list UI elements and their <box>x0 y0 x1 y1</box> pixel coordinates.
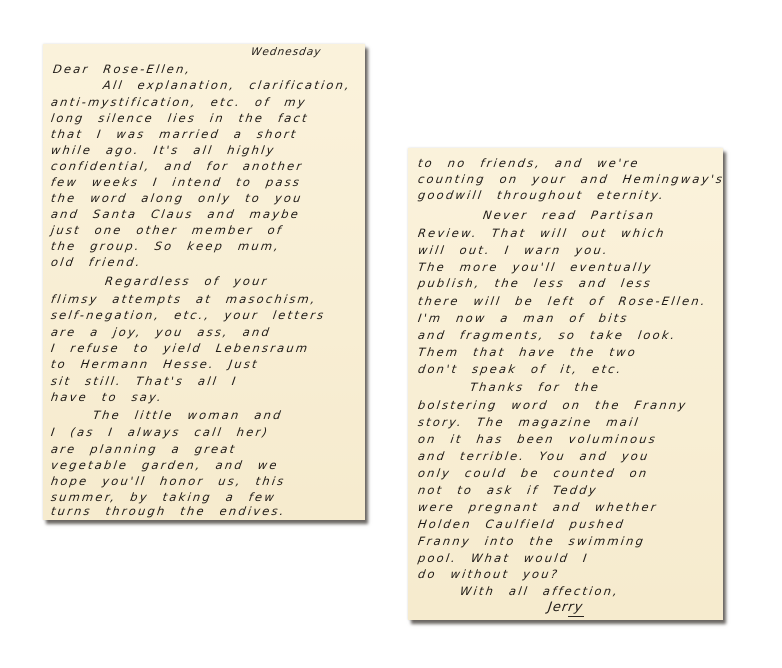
closing: With all affection, <box>459 584 620 598</box>
letter-line: don't speak of it, etc. <box>417 362 624 376</box>
letter-line: counting on your and Hemingway's <box>417 172 725 186</box>
letter-line: I refuse to yield Lebensraum <box>50 341 310 355</box>
letter-line: and Santa Claus and maybe <box>50 207 301 221</box>
letter-line: and terrible. You and you <box>417 449 651 463</box>
letter-line: just one other member of <box>50 223 284 237</box>
letter-line: flimsy attempts at masochism, <box>50 292 318 306</box>
letter-line: anti-mystification, etc. of my <box>50 95 308 109</box>
letter-line: I (as I always call her) <box>50 425 270 439</box>
letter-line: have to say. <box>50 390 164 404</box>
letter-line: pool. What would I <box>417 551 590 565</box>
letter-line: hope you'll honor us, this <box>50 474 286 488</box>
letter-line: there will be left of Rose-Ellen. <box>417 294 708 308</box>
letter-line: Thanks for the <box>469 380 601 394</box>
letter-line: and fragments, so take look. <box>417 328 678 342</box>
letter-page-1: Wednesday Dear Rose-Ellen, All explanati… <box>43 44 365 520</box>
letter-line: vegetable garden, and we <box>50 458 280 472</box>
letter-line: Franny into the swimming <box>417 534 646 548</box>
letter-line: while ago. It's all highly <box>50 143 277 157</box>
letter-line: are planning a great <box>50 442 237 456</box>
letter-line: publish, the less and less <box>417 276 653 290</box>
letter-line: not to ask if Teddy <box>417 483 599 497</box>
letter-line: Never read Partisan <box>482 208 656 222</box>
signature-underline <box>568 616 584 617</box>
letter-line: old friend. <box>50 255 143 269</box>
letter-line: Review. That will out which <box>417 226 667 240</box>
letter-line: to no friends, and we're <box>417 156 641 170</box>
letter-line: The little woman and <box>92 408 284 422</box>
letter-line: story. The magazine mail <box>417 415 641 429</box>
letter-line: were pregnant and whether <box>417 500 659 514</box>
letter-line: will out. I warn you. <box>417 243 610 257</box>
letter-line: goodwill throughout eternity. <box>417 188 666 202</box>
letter-line: long silence lies in the fact <box>50 111 310 125</box>
letter-line: The more you'll eventually <box>417 260 654 274</box>
letter-date: Wednesday <box>250 46 322 58</box>
letter-line: on it has been voluminous <box>417 432 658 446</box>
letter-line: few weeks I intend to pass <box>50 175 302 189</box>
salutation: Dear Rose-Ellen, <box>52 62 192 76</box>
letter-line: Regardless of your <box>104 274 270 288</box>
letter-line: only could be counted on <box>417 466 649 480</box>
letter-line: bolstering word on the Franny <box>417 398 688 412</box>
letter-line: sit still. That's all I <box>50 374 238 388</box>
letter-line: do without you? <box>417 567 560 581</box>
letter-line: the group. So keep mum, <box>50 239 281 253</box>
letter-line: confidential, and for another <box>50 159 304 173</box>
signature: Jerry <box>547 600 584 615</box>
letter-line: turns through the endives. <box>50 504 287 518</box>
letter-line: self-negation, etc., your letters <box>50 308 326 322</box>
letter-line: Them that have the two <box>417 345 638 359</box>
letter-line: are a joy, you ass, and <box>50 325 272 339</box>
letter-line: summer, by taking a few <box>50 490 277 504</box>
letter-line: All explanation, clarification, <box>102 78 352 92</box>
letter-line: to Hermann Hesse. Just <box>50 357 260 371</box>
letter-line: Holden Caulfield pushed <box>417 517 626 531</box>
letter-page-2: to no friends, and we're counting on you… <box>408 148 723 620</box>
letter-line: the word along only to you <box>50 191 304 205</box>
letter-line: that I was married a short <box>50 127 299 141</box>
letter-line: I'm now a man of bits <box>417 311 630 325</box>
